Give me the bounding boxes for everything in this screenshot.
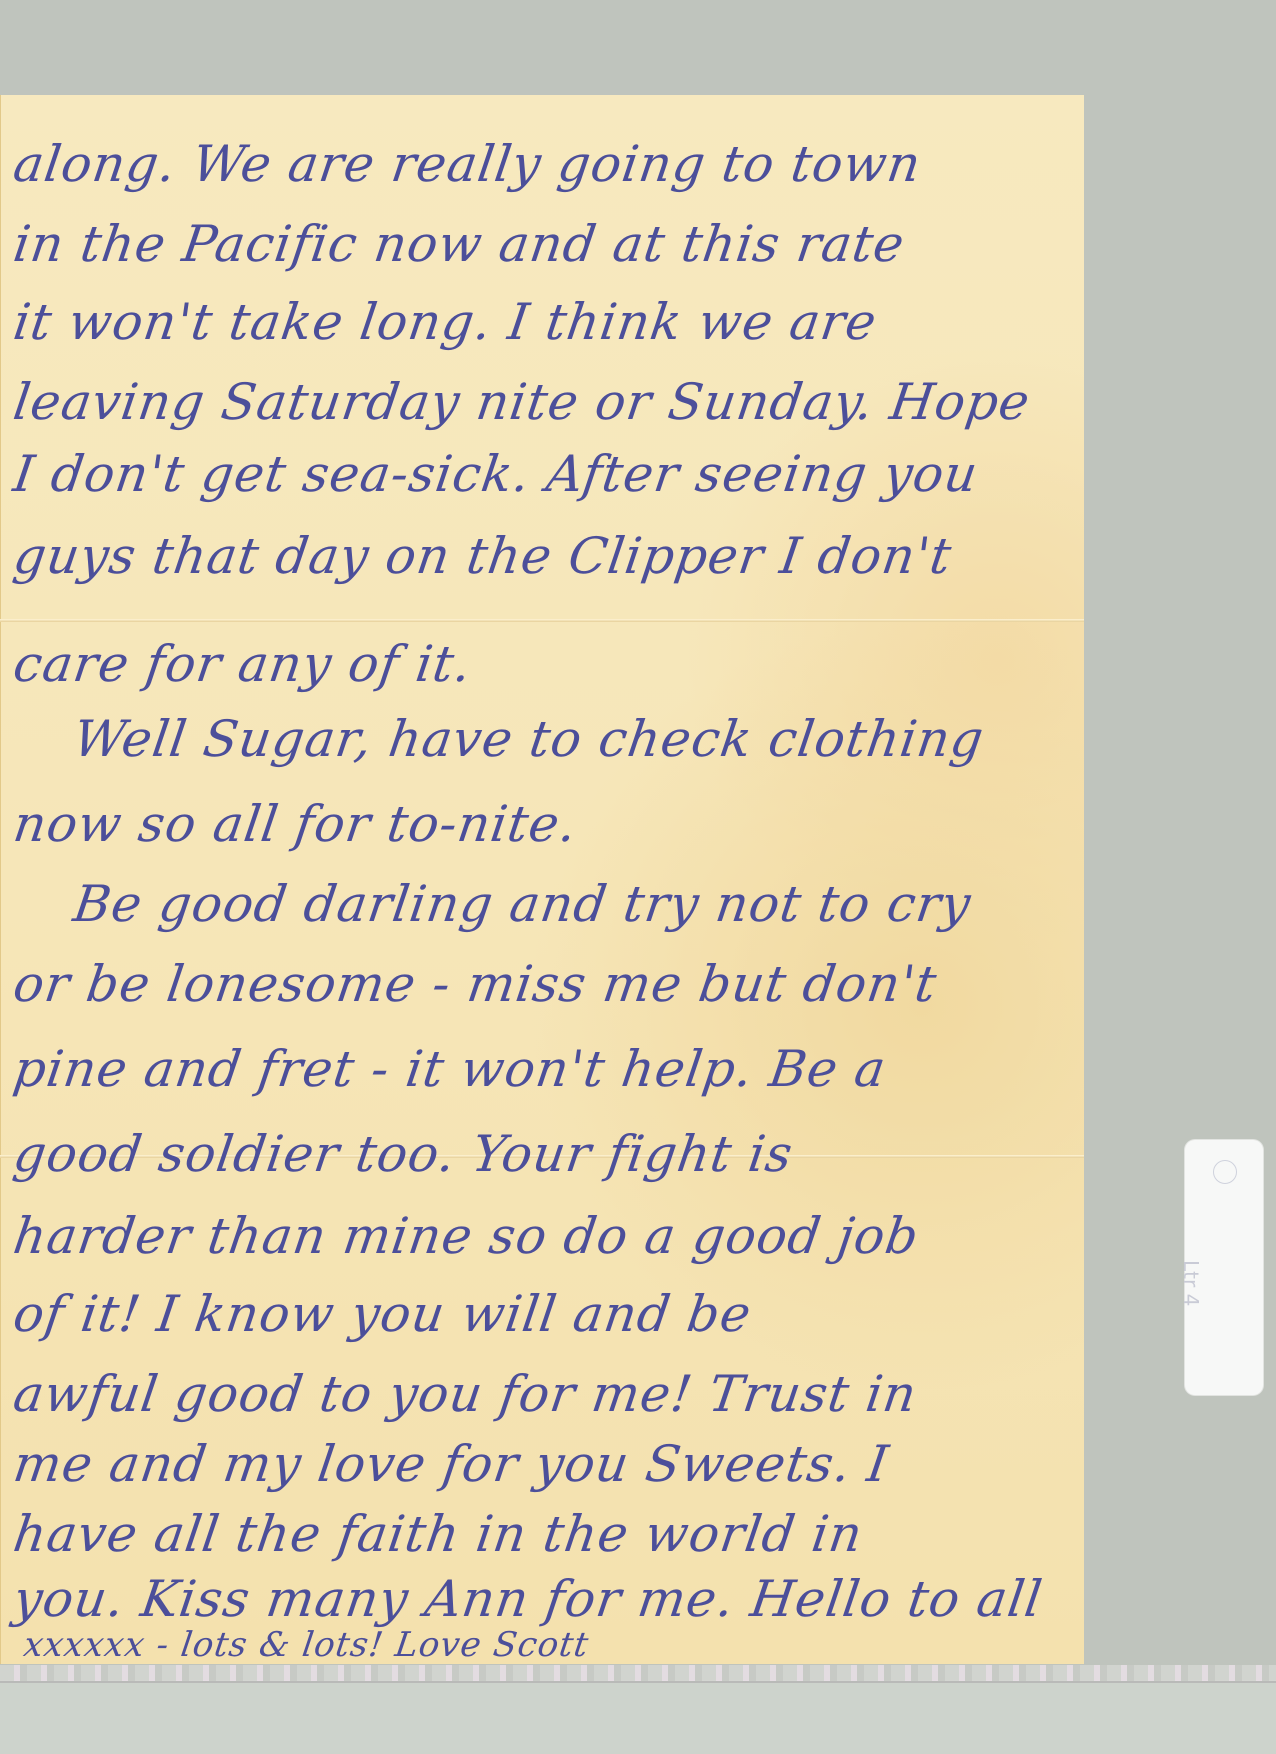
- line-part: care for any of it.: [10, 635, 475, 693]
- letter-line: it won't take long. I think we are: [10, 293, 881, 351]
- archive-label-tab: Ltr 4: [1185, 1140, 1263, 1395]
- letter-line: guys that day on the Clipper I don't: [10, 527, 956, 585]
- letter-line: care for any of it.: [10, 635, 475, 693]
- letter-line: now so all for to-nite.: [10, 795, 581, 853]
- letter-line: in the Pacific now and at this rate: [10, 215, 909, 273]
- sleeve-perforation-strip: [0, 1665, 1276, 1683]
- letter-line: I don't get sea-sick. After seeing you: [10, 445, 982, 503]
- fold-line: [0, 619, 1084, 622]
- letter-line: Well Sugar, have to check clothing: [10, 710, 988, 768]
- scanner-background: [0, 1680, 1276, 1754]
- letter-line: of it! I know you will and be: [10, 1285, 755, 1343]
- letter-line: along. We are really going to town: [10, 135, 925, 193]
- letter-line: or be lonesome - miss me but don't: [10, 955, 941, 1013]
- letter-line: good soldier too. Your fight is: [10, 1125, 797, 1183]
- letter-line: pine and fret - it won't help. Be a: [10, 1040, 890, 1098]
- letter-line: me and my love for you Sweets. I: [10, 1435, 893, 1493]
- label-circle-mark: [1213, 1160, 1237, 1184]
- letter-line: you. Kiss many Ann for me. Hello to all: [10, 1570, 1046, 1628]
- letter-line: have all the faith in the world in: [10, 1505, 867, 1563]
- letter-line: awful good to you for me! Trust in: [10, 1365, 921, 1423]
- letter-signoff-line: xxxxxx - lots & lots! Love Scott: [21, 1625, 591, 1665]
- label-text: Ltr 4: [1179, 1260, 1203, 1380]
- letter-line: Be good darling and try not to cry: [10, 875, 975, 933]
- letter-line: leaving Saturday nite or Sunday. Hope: [10, 373, 1034, 431]
- letter-line: harder than mine so do a good job: [10, 1207, 923, 1265]
